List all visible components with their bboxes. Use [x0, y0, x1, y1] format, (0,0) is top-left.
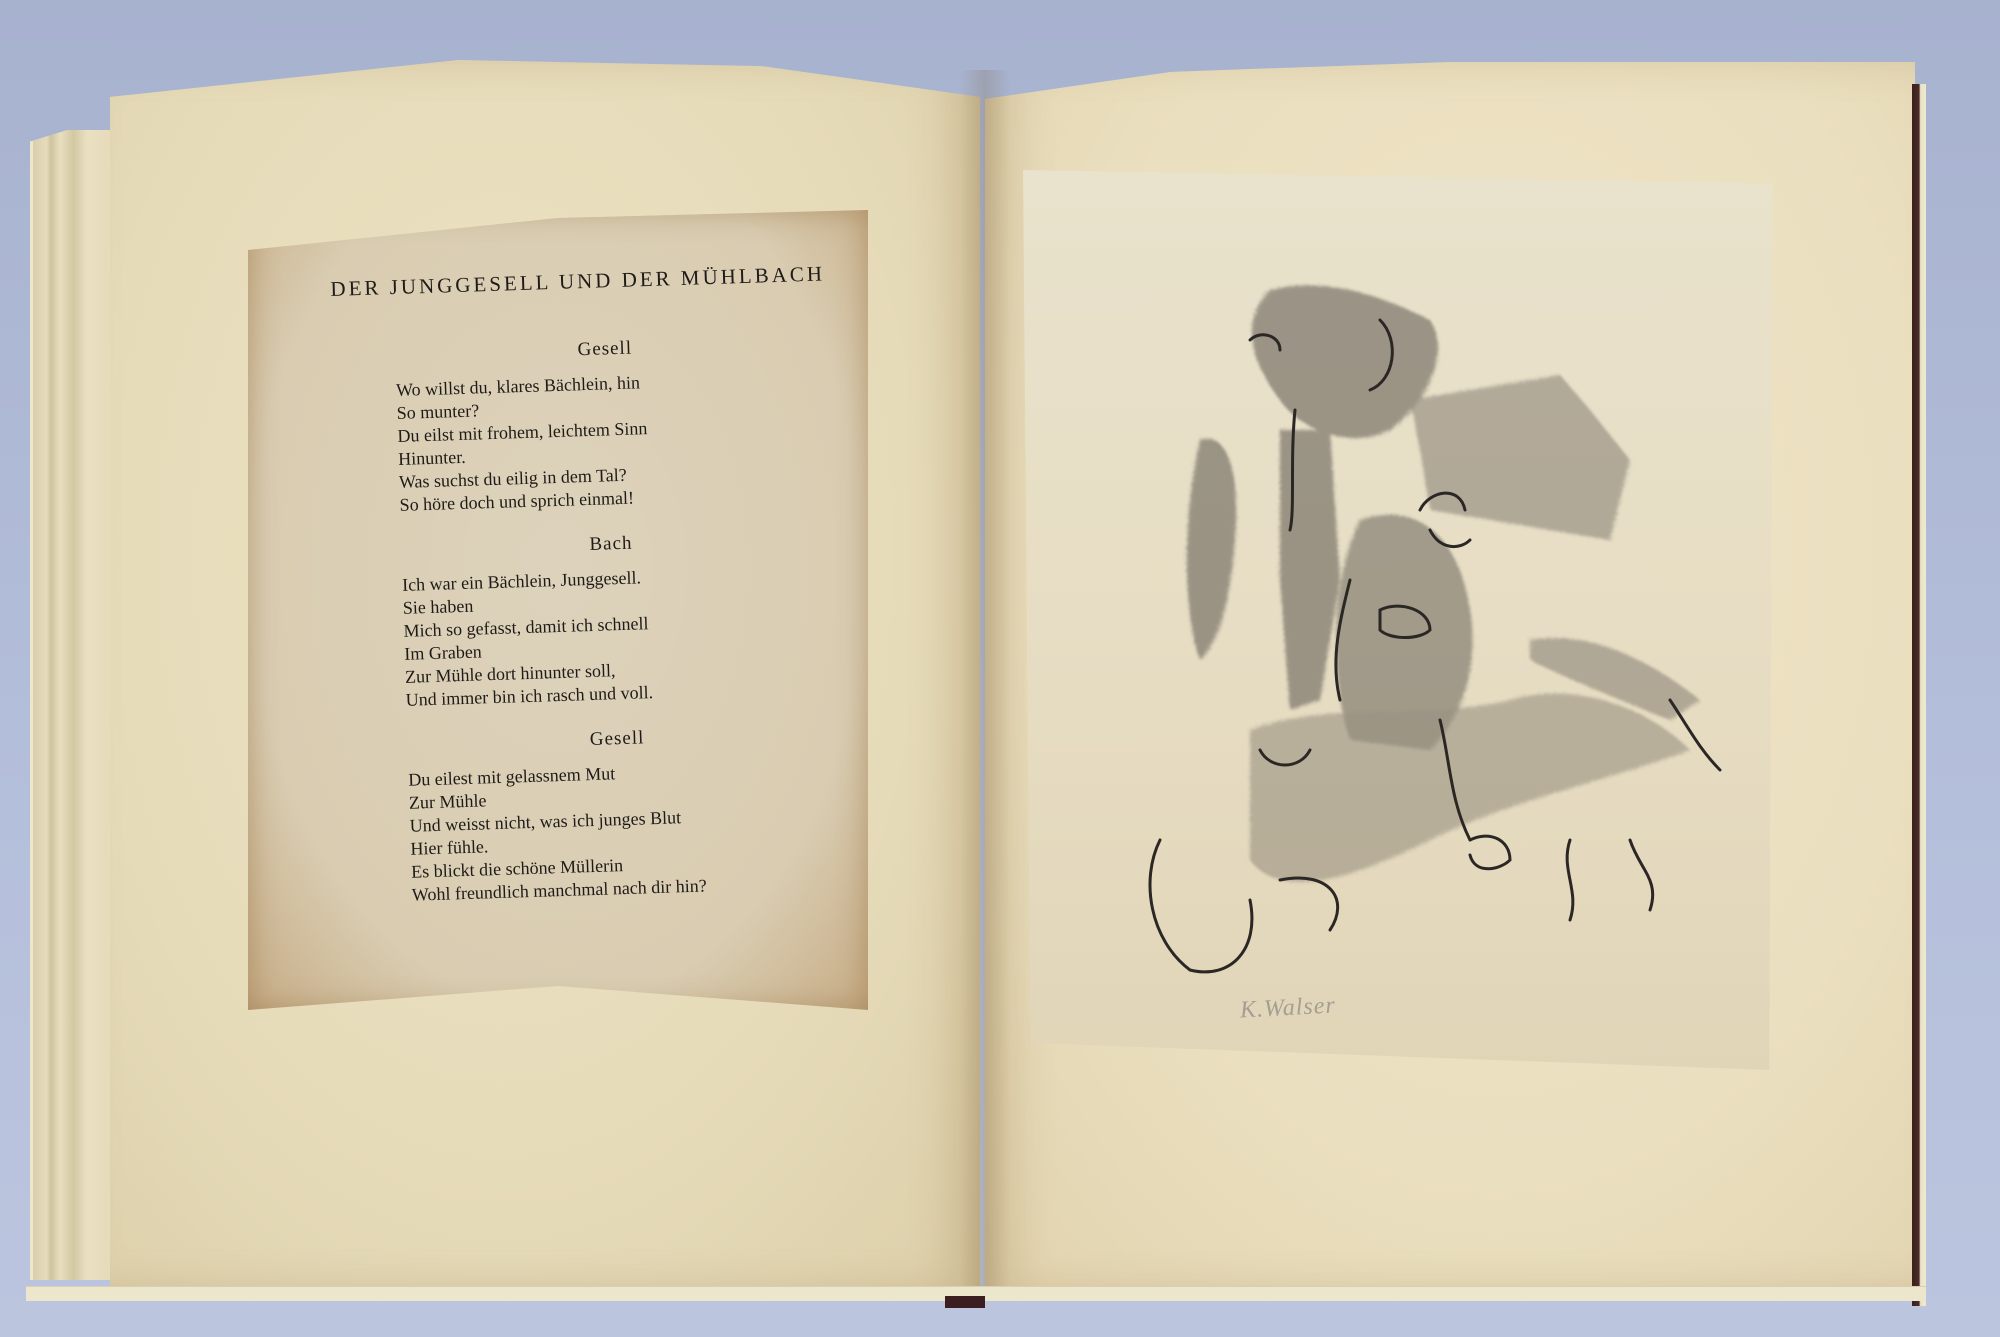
stanza-2: Bach Ich war ein Bächlein, Junggesell. S…: [400, 507, 826, 712]
poem: DER JUNGGESELL UND DER MÜHLBACH Gesell W…: [236, 200, 881, 1019]
book-gutter: [960, 70, 1010, 1290]
spine-headband: [945, 1296, 985, 1308]
tipped-in-poem-page: DER JUNGGESELL UND DER MÜHLBACH Gesell W…: [248, 210, 868, 1010]
lithograph-drawing: [1130, 280, 1750, 980]
speaker-label: Gesell: [395, 332, 815, 367]
page-stack-edge: [30, 130, 123, 1280]
poem-title: DER JUNGGESELL UND DER MÜHLBACH: [297, 260, 858, 303]
stanza-1: Gesell Wo willst du, klares Bächlein, hi…: [394, 312, 820, 517]
artist-signature: K.Walser: [1239, 993, 1336, 1025]
speaker-label: Bach: [401, 527, 821, 562]
stanza-3: Gesell Du eilest mit gelassnem Mut Zur M…: [406, 702, 832, 907]
cover-edge: [1912, 84, 1926, 1306]
speaker-label: Gesell: [407, 722, 827, 757]
open-book: DER JUNGGESELL UND DER MÜHLBACH Gesell W…: [0, 0, 2000, 1337]
